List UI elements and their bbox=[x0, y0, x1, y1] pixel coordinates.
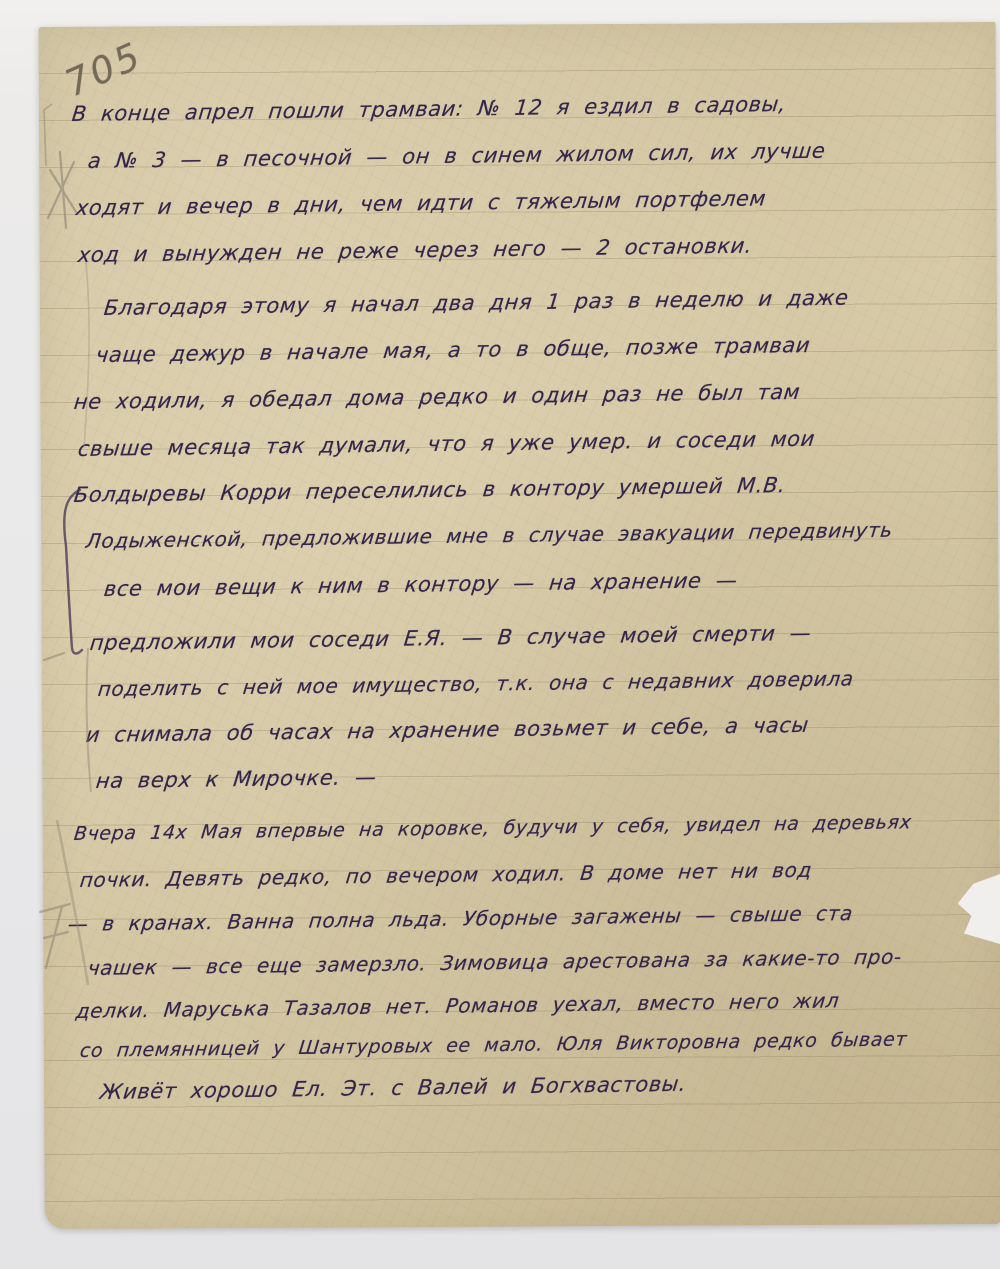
handwritten-line: на верх к Мирочке. — bbox=[95, 765, 378, 793]
scan-background: 705 В конце апрел пошли трамваи: № 12 я … bbox=[0, 0, 1000, 1269]
